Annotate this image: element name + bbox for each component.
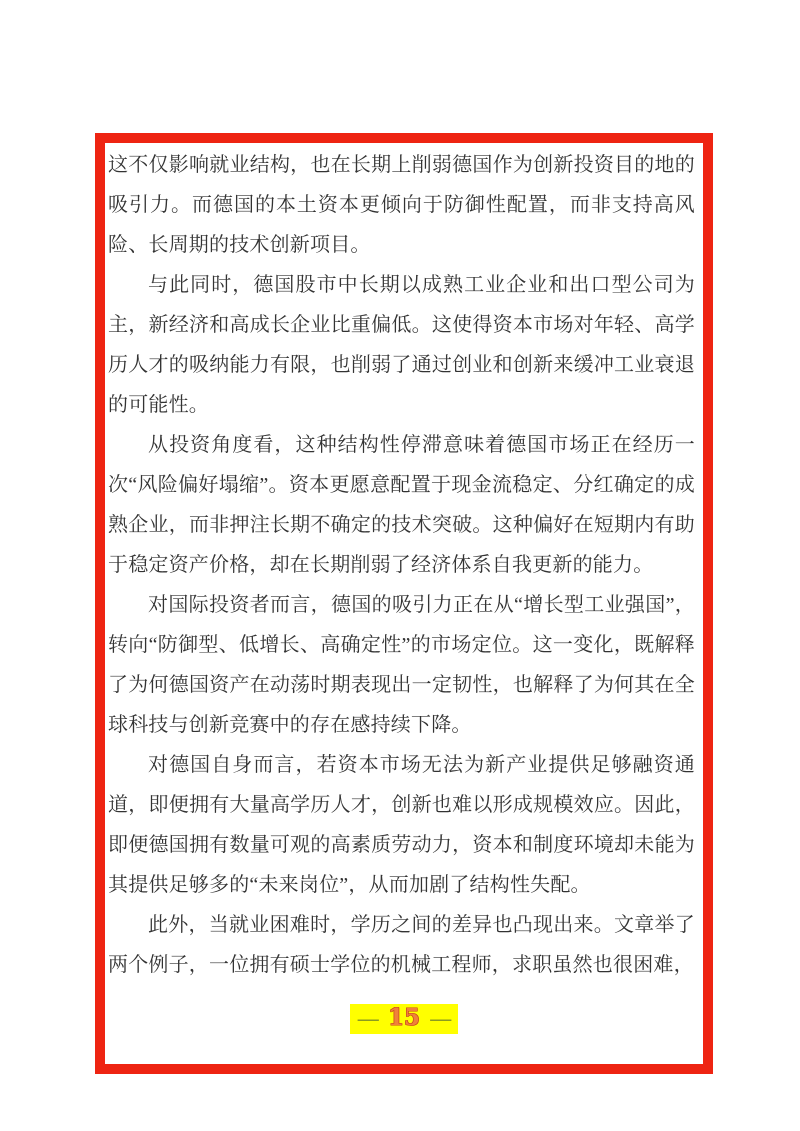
paragraph-1: 这不仅影响就业结构，也在长期上削弱德国作为创新投资目的地的吸引力。而德国的本土资… (108, 145, 695, 265)
document-frame: 这不仅影响就业结构，也在长期上削弱德国作为创新投资目的地的吸引力。而德国的本土资… (95, 133, 713, 1074)
footer-dash-right: — (430, 1006, 450, 1030)
page-number: 15 (388, 1004, 420, 1031)
paragraph-5: 对德国自身而言，若资本市场无法为新产业提供足够融资通道，即便拥有大量高学历人才，… (108, 745, 695, 905)
paragraph-4: 对国际投资者而言，德国的吸引力正在从“增长型工业强国”，转向“防御型、低增长、高… (108, 585, 695, 745)
footer-dash-left: — (358, 1006, 378, 1030)
page-footer: — 15 — (105, 1004, 703, 1034)
page-number-badge: — 15 — (350, 1004, 459, 1034)
paragraph-6: 此外，当就业困难时，学历之间的差异也凸现出来。文章举了两个例子，一位拥有硕士学位… (108, 905, 695, 985)
paragraph-2: 与此同时，德国股市中长期以成熟工业企业和出口型公司为主，新经济和高成长企业比重偏… (108, 265, 695, 425)
page: 这不仅影响就业结构，也在长期上削弱德国作为创新投资目的地的吸引力。而德国的本土资… (0, 0, 800, 1131)
document-body: 这不仅影响就业结构，也在长期上削弱德国作为创新投资目的地的吸引力。而德国的本土资… (108, 145, 695, 985)
paragraph-3: 从投资角度看，这种结构性停滞意味着德国市场正在经历一次“风险偏好塌缩”。资本更愿… (108, 425, 695, 585)
